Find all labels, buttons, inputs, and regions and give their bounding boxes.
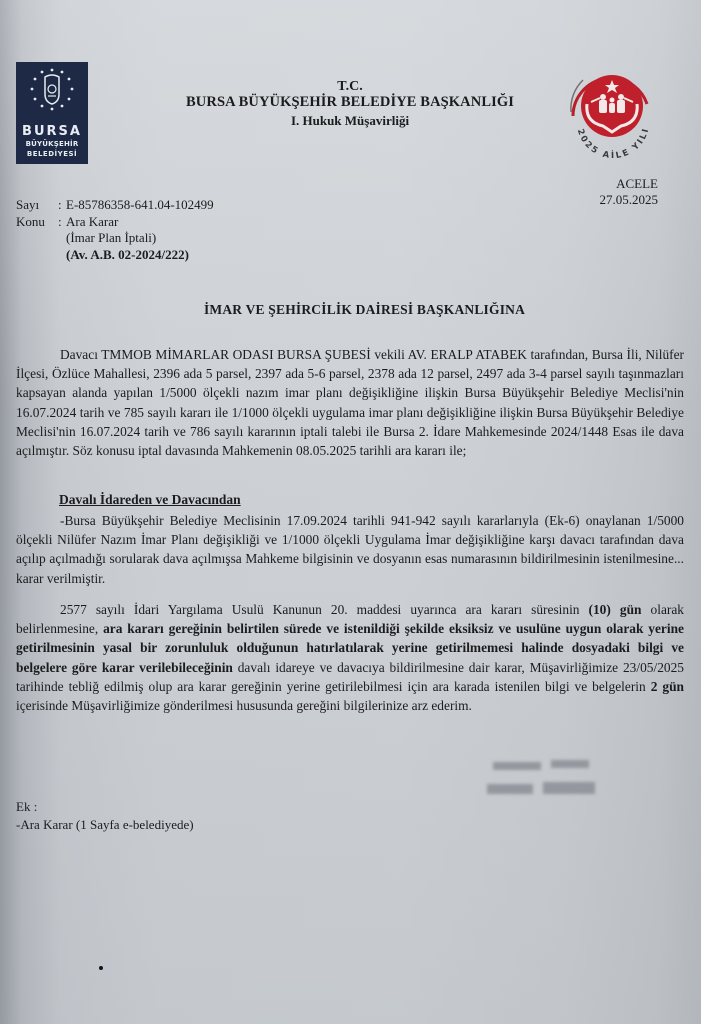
paragraph-3: 2577 sayılı İdari Yargılama Usulü Kanunu… (16, 600, 684, 715)
bursa-emblem-icon (16, 62, 88, 122)
subject-label: Konu (16, 214, 58, 231)
header-organization: BURSA BÜYÜKŞEHİR BELEDİYE BAŞKANLIĞI (140, 94, 560, 111)
family-year-logo-icon: 2025 AİLE YILI (563, 64, 657, 158)
colon: : (58, 197, 66, 214)
addressee: İMAR VE ŞEHİRCİLİK DAİRESİ BAŞKANLIĞINA (0, 302, 701, 318)
subject-row: Konu : Ara Karar (16, 214, 214, 231)
document-meta: Sayı : E-85786358-641.04-102499 Konu : A… (16, 197, 214, 263)
subject-value: Ara Karar (66, 214, 118, 231)
logo-text-belediyesi: BELEDİYESİ (16, 150, 88, 158)
paper-speck (99, 966, 103, 970)
header-country: T.C. (290, 79, 410, 95)
paragraph-1: Davacı TMMOB MİMARLAR ODASI BURSA ŞUBESİ… (16, 345, 684, 460)
number-value: E-85786358-641.04-102499 (66, 197, 214, 214)
redacted-signature (485, 760, 611, 804)
logo-text-bursa: BURSA (16, 124, 88, 139)
header-department: I. Hukuk Müşavirliği (220, 113, 480, 129)
paragraph-2-heading: Davalı İdareden ve Davacından (59, 492, 241, 508)
document-date: 27.05.2025 (560, 192, 658, 208)
annex-label: Ek : (16, 798, 194, 816)
priority-label: ACELE (560, 176, 658, 192)
number-label: Sayı (16, 197, 58, 214)
annex: Ek : -Ara Karar (1 Sayfa e-belediyede) (16, 798, 194, 834)
number-row: Sayı : E-85786358-641.04-102499 (16, 197, 214, 214)
paragraph-2: -Bursa Büyükşehir Belediye Meclisinin 17… (16, 511, 684, 588)
bursa-municipality-logo: BURSA BÜYÜKŞEHİR BELEDİYESİ (16, 62, 88, 164)
priority-and-date: ACELE 27.05.2025 (560, 176, 658, 208)
logo-text-buyuksehir: BÜYÜKŞEHİR (16, 140, 88, 148)
subject-detail: (İmar Plan İptali) (16, 230, 214, 247)
subject-reference: (Av. A.B. 02-2024/222) (16, 247, 214, 264)
colon: : (58, 214, 66, 231)
annex-item: -Ara Karar (1 Sayfa e-belediyede) (16, 816, 194, 834)
